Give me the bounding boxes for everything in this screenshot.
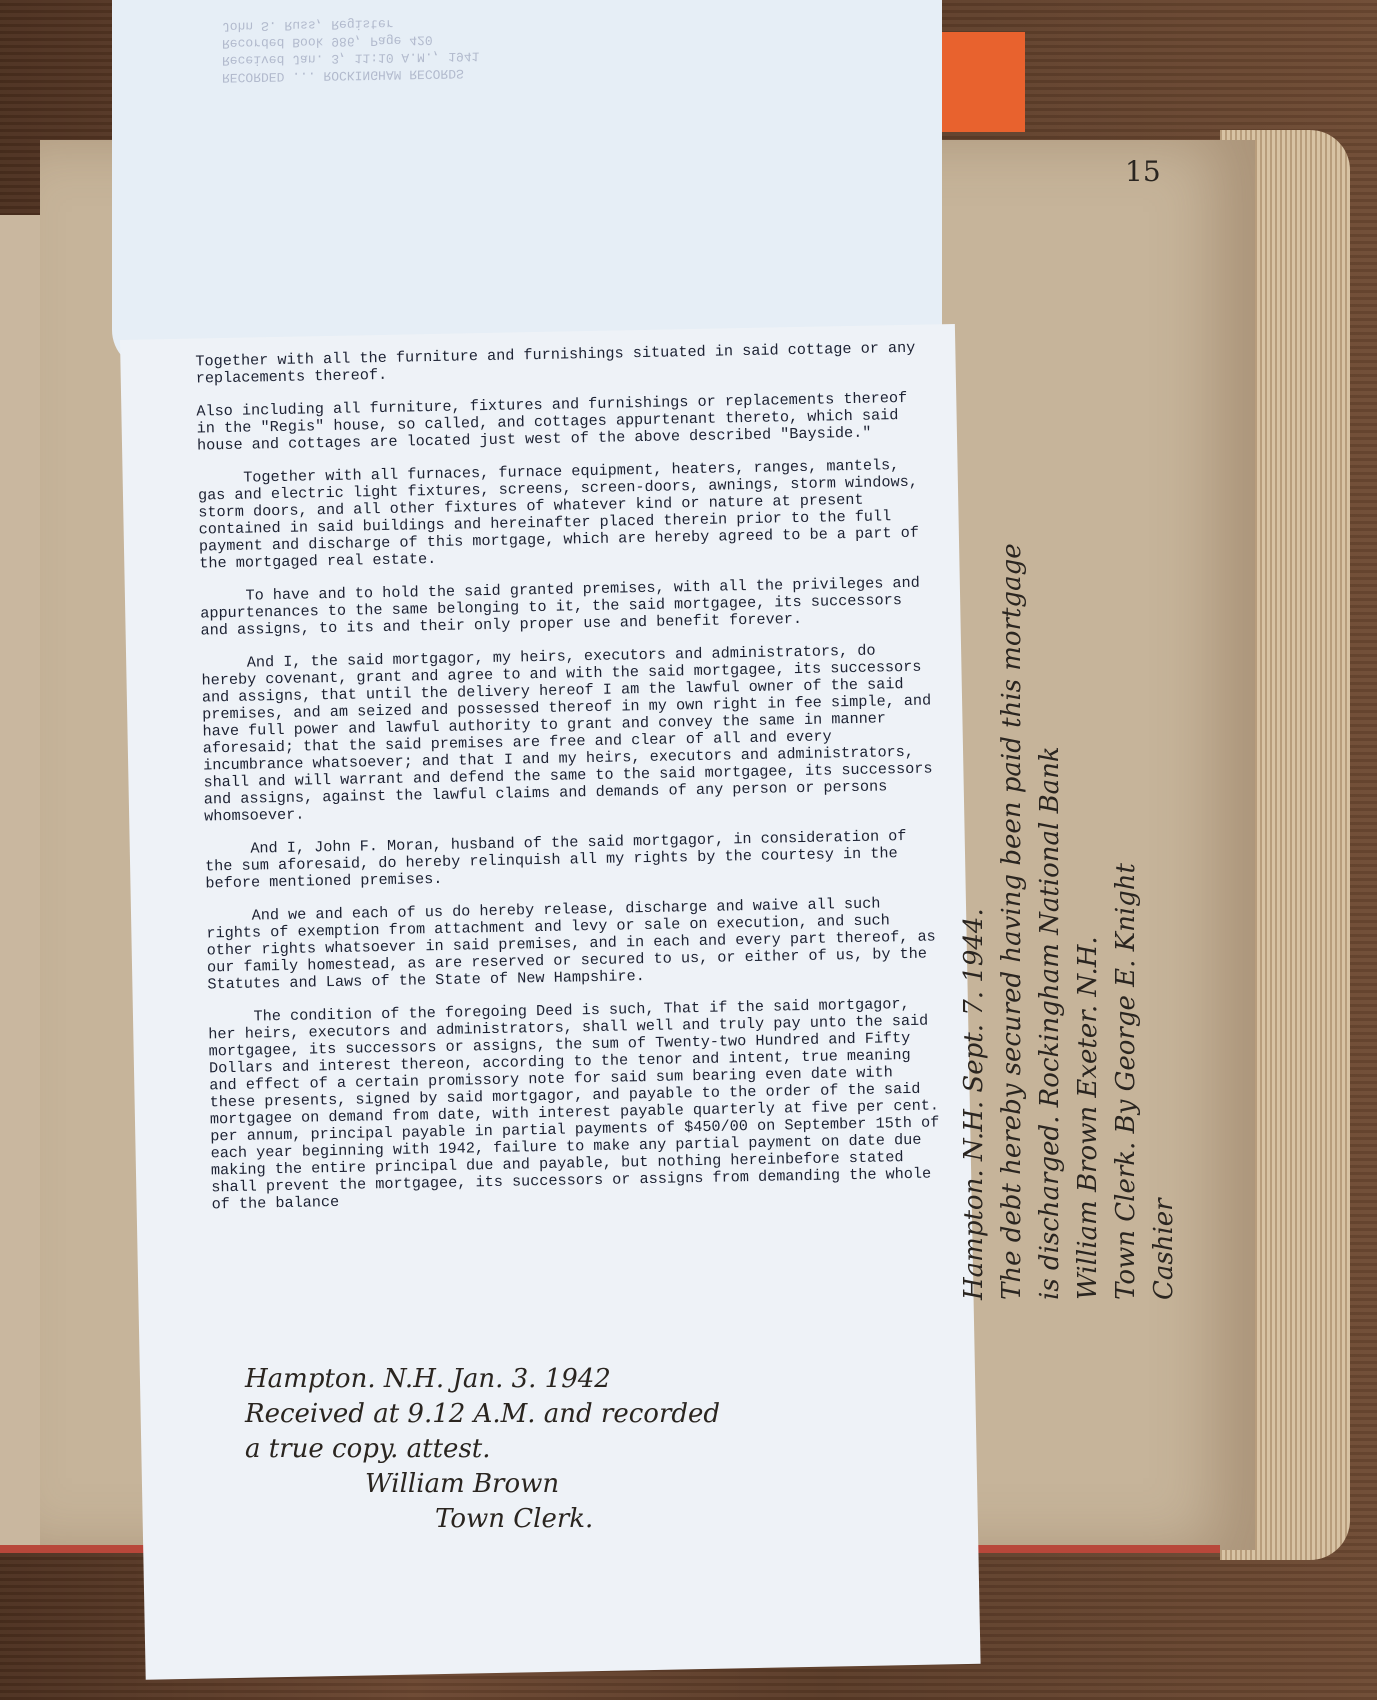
paragraph: And I, the said mortgagor, my heirs, exe… bbox=[201, 641, 934, 825]
paragraph: Together with all the furniture and furn… bbox=[195, 340, 926, 388]
handwritten-discharge-note: Hampton. N.H. Sept. 7. 1944. The debt he… bbox=[955, 543, 1183, 1300]
page-number: 15 bbox=[1125, 155, 1161, 188]
typed-body: Together with all the furniture and furn… bbox=[195, 340, 942, 1230]
note-line: Cashier bbox=[1145, 543, 1183, 1300]
paragraph: And we and each of us do hereby release,… bbox=[206, 894, 937, 993]
left-page-edge bbox=[0, 215, 45, 1545]
clerk-title: Town Clerk. bbox=[245, 1502, 720, 1537]
note-line: a true copy. attest. bbox=[245, 1432, 720, 1467]
paragraph: Also including all furniture, fixtures a… bbox=[196, 390, 927, 455]
note-line: The debt hereby secured having been paid… bbox=[993, 543, 1031, 1300]
paragraph: The condition of the foregoing Deed is s… bbox=[208, 995, 942, 1213]
note-line: Hampton. N.H. Jan. 3. 1942 bbox=[245, 1362, 720, 1397]
note-line: is discharged. Rockingham National Bank bbox=[1031, 543, 1069, 1300]
note-line: Hampton. N.H. Sept. 7. 1944. bbox=[955, 543, 993, 1300]
folded-sheet-back: RECORDED ... ROCKINGHAM RECORDS Received… bbox=[112, 0, 942, 370]
mirrored-recording-stamp: RECORDED ... ROCKINGHAM RECORDS Received… bbox=[222, 7, 872, 86]
paragraph: And I, John F. Moran, husband of the sai… bbox=[205, 827, 936, 892]
paragraph: Together with all furnaces, furnace equi… bbox=[198, 457, 930, 573]
paragraph: To have and to hold the said granted pre… bbox=[200, 575, 931, 640]
handwritten-recording-note: Hampton. N.H. Jan. 3. 1942 Received at 9… bbox=[245, 1362, 720, 1537]
note-line: Town Clerk. By George E. Knight bbox=[1107, 543, 1145, 1300]
orange-bookmark-tab bbox=[935, 32, 1025, 132]
note-line: William Brown Exeter. N.H. bbox=[1069, 543, 1107, 1300]
clerk-signature: William Brown bbox=[245, 1467, 720, 1502]
note-line: Received at 9.12 A.M. and recorded bbox=[245, 1397, 720, 1432]
